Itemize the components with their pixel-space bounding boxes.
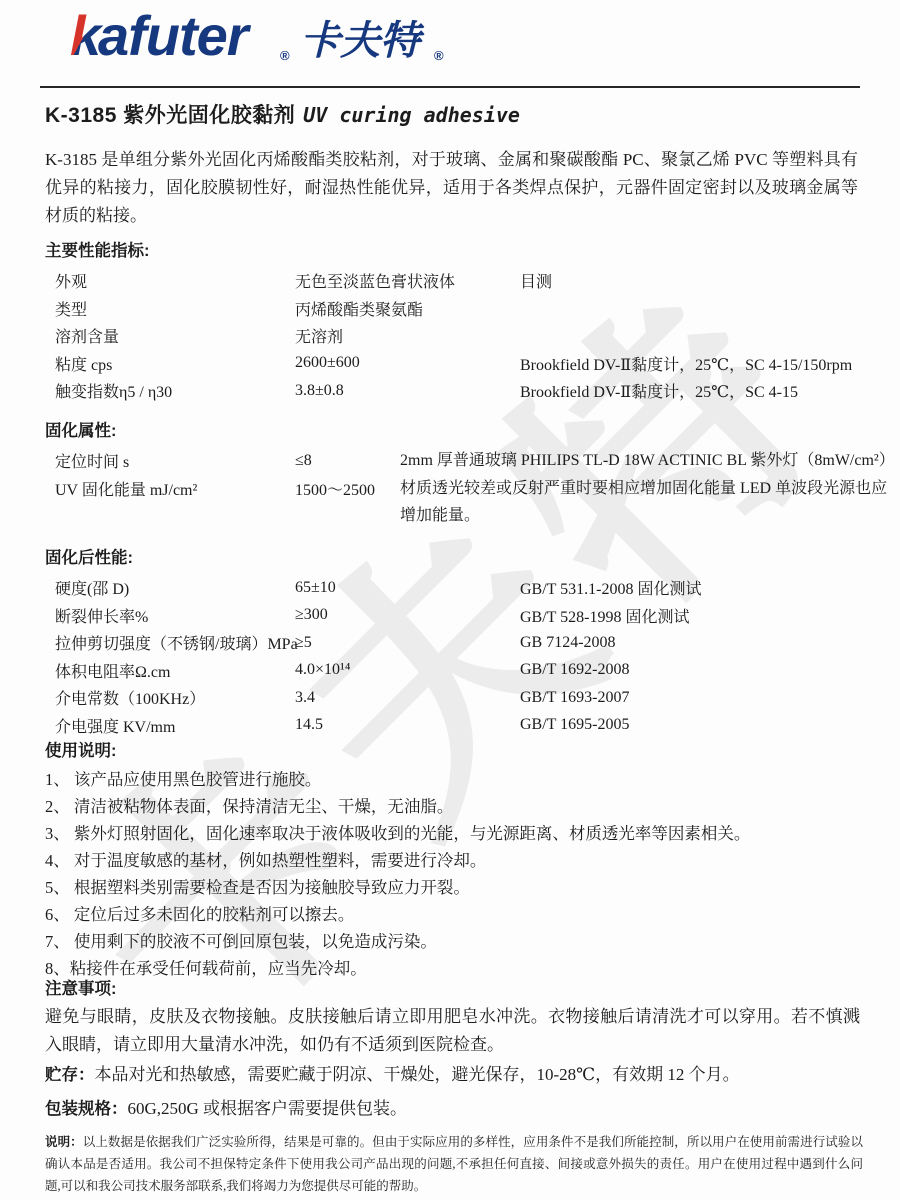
- spec-value: 1500～2500: [295, 475, 400, 503]
- spec-label: UV 固化能量 mJ/cm²: [45, 475, 295, 503]
- spec-label: 拉伸剪切强度（不锈钢/玻璃）MPa: [45, 629, 295, 657]
- disclaimer: 说明：以上数据是依据我们广泛实验所得，结果是可靠的。但由于实际应用的多样性，应用…: [45, 1131, 863, 1197]
- spec-method: [520, 322, 860, 350]
- registered-mark-icon: ®: [280, 48, 290, 63]
- kafuter-logo: k afuter ® 卡夫特 ®: [68, 6, 478, 75]
- header-divider: [40, 86, 860, 88]
- main-specs-table: 外观 无色至淡蓝色膏状液体 目测 类型 丙烯酸酯类聚氨酯 溶剂含量 无溶剂 粘度…: [45, 267, 860, 405]
- spec-value: 无色至淡蓝色膏状液体: [295, 267, 520, 295]
- spec-method: 目测: [520, 267, 860, 295]
- usage-item: 2、 清洁被粘物体表面，保持清洁无尘、干燥，无油脂。: [45, 793, 860, 820]
- spec-label: 定位时间 s: [45, 447, 295, 475]
- spec-method: [520, 295, 860, 323]
- spec-method: GB/T 528-1998 固化测试: [520, 602, 860, 630]
- usage-item: 4、 对于温度敏感的基材，例如热塑性塑料，需要进行冷却。: [45, 847, 860, 874]
- spec-value: 4.0×10¹⁴: [295, 657, 520, 685]
- section-cure-properties: 固化属性: 定位时间 s ≤8 UV 固化能量 mJ/cm² 1500～2500…: [45, 420, 860, 530]
- storage-label: 贮存：: [45, 1066, 95, 1084]
- section-usage-instructions: 使用说明: 1、 该产品应使用黑色胶管进行施胶。 2、 清洁被粘物体表面，保持清…: [45, 740, 860, 982]
- product-title-zh: K-3185 紫外光固化胶黏剂: [45, 104, 295, 127]
- product-description: K-3185 是单组分紫外光固化丙烯酸酯类胶粘剂，对于玻璃、金属和聚碳酸酯 PC…: [45, 146, 858, 230]
- spec-label: 外观: [45, 267, 295, 295]
- spec-value: 65±10: [295, 574, 520, 602]
- section-heading: 固化属性:: [45, 420, 860, 442]
- page-title: K-3185 紫外光固化胶黏剂UV curing adhesive: [45, 99, 520, 129]
- spec-label: 溶剂含量: [45, 322, 295, 350]
- usage-item: 7、 使用剩下的胶液不可倒回原包装，以免造成污染。: [45, 928, 860, 955]
- packaging-text: 60G,250G 或根据客户需要提供包装。: [128, 1099, 408, 1118]
- section-heading: 固化后性能:: [45, 547, 860, 569]
- usage-item: 3、 紫外灯照射固化，固化速率取决于液体吸收到的光能，与光源距离、材质透光率等因…: [45, 820, 860, 847]
- spec-method: GB/T 1692-2008: [520, 657, 860, 685]
- spec-value: ≤8: [295, 447, 400, 475]
- section-cautions: 注意事项: 避免与眼睛，皮肤及衣物接触。皮肤接触后请立即用肥皂水冲洗。衣物接触后…: [45, 978, 860, 1059]
- logo-text-chinese: 卡夫特: [300, 19, 425, 63]
- product-title-en: UV curing adhesive: [303, 103, 520, 127]
- spec-label: 介电强度 KV/mm: [45, 712, 295, 740]
- spec-method: GB/T 1695-2005: [520, 712, 860, 740]
- usage-item: 6、 定位后过多未固化的胶粘剂可以擦去。: [45, 901, 860, 928]
- spec-value: 3.4: [295, 684, 520, 712]
- storage-row: 贮存：本品对光和热敏感，需要贮藏于阴凉、干燥处，避光保存，10-28℃，有效期 …: [45, 1063, 860, 1087]
- spec-value: 2600±600: [295, 350, 520, 378]
- spec-method: Brookfield DV-Ⅱ黏度计，25℃，SC 4-15/150rpm: [520, 350, 860, 378]
- usage-item: 1、 该产品应使用黑色胶管进行施胶。: [45, 766, 860, 793]
- spec-label: 硬度(邵 D): [45, 574, 295, 602]
- spec-method: Brookfield DV-Ⅱ黏度计，25℃，SC 4-15: [520, 377, 860, 405]
- section-main-specs: 主要性能指标: 外观 无色至淡蓝色膏状液体 目测 类型 丙烯酸酯类聚氨酯 溶剂含…: [45, 240, 860, 405]
- spec-label: 触变指数η5 / η30: [45, 377, 295, 405]
- note-line: 增加能量。: [400, 502, 860, 530]
- spec-value: 14.5: [295, 712, 520, 740]
- disclaimer-label: 说明：: [45, 1135, 83, 1149]
- spec-method: GB 7124-2008: [520, 629, 860, 657]
- datasheet-page: 卡夫特 k afuter ® 卡夫特 ® K-3185 紫外光固化胶黏剂UV c…: [0, 0, 900, 1200]
- spec-value: ≥300: [295, 602, 520, 630]
- spec-method: GB/T 1693-2007: [520, 684, 860, 712]
- caution-text: 避免与眼睛，皮肤及衣物接触。皮肤接触后请立即用肥皂水冲洗。衣物接触后请清洗才可以…: [45, 1003, 860, 1059]
- section-heading: 使用说明:: [45, 740, 860, 762]
- logo-text-latin: afuter: [98, 6, 252, 67]
- section-heading: 注意事项:: [45, 978, 860, 1000]
- spec-value: ≥5: [295, 629, 520, 657]
- section-cured-performance: 固化后性能: 硬度(邵 D) 65±10 GB/T 531.1-2008 固化测…: [45, 547, 860, 739]
- packaging-label: 包装规格：: [45, 1100, 128, 1118]
- spec-label: 粘度 cps: [45, 350, 295, 378]
- note-line: 2mm 厚普通玻璃 PHILIPS TL-D 18W ACTINIC BL 紫外…: [400, 447, 860, 475]
- storage-text: 本品对光和热敏感，需要贮藏于阴凉、干燥处，避光保存，10-28℃，有效期 12 …: [95, 1065, 740, 1084]
- spec-value: 无溶剂: [295, 322, 520, 350]
- note-line: 材质透光较差或反射严重时要相应增加固化能量 LED 单波段光源也应: [400, 475, 860, 503]
- section-heading: 主要性能指标:: [45, 240, 860, 262]
- spec-label: 断裂伸长率%: [45, 602, 295, 630]
- spec-label: 介电常数（100KHz）: [45, 684, 295, 712]
- cure-props-table: 定位时间 s ≤8 UV 固化能量 mJ/cm² 1500～2500 2mm 厚…: [45, 447, 860, 530]
- spec-value: 丙烯酸酯类聚氨酯: [295, 295, 520, 323]
- usage-item: 5、 根据塑料类别需要检查是否因为接触胶导致应力开裂。: [45, 874, 860, 901]
- spec-label: 体积电阻率Ω.cm: [45, 657, 295, 685]
- cure-condition-note: 2mm 厚普通玻璃 PHILIPS TL-D 18W ACTINIC BL 紫外…: [400, 447, 860, 530]
- spec-value: 3.8±0.8: [295, 377, 520, 405]
- spec-method: GB/T 531.1-2008 固化测试: [520, 574, 860, 602]
- kafuter-logo-svg: k afuter ® 卡夫特 ®: [68, 6, 478, 70]
- spec-label: 类型: [45, 295, 295, 323]
- disclaimer-text: 以上数据是依据我们广泛实验所得，结果是可靠的。但由于实际应用的多样性，应用条件不…: [45, 1135, 863, 1193]
- registered-mark-icon: ®: [434, 48, 444, 63]
- usage-list: 1、 该产品应使用黑色胶管进行施胶。 2、 清洁被粘物体表面，保持清洁无尘、干燥…: [45, 766, 860, 982]
- packaging-row: 包装规格：60G,250G 或根据客户需要提供包装。: [45, 1097, 860, 1121]
- cured-props-table: 硬度(邵 D) 65±10 GB/T 531.1-2008 固化测试 断裂伸长率…: [45, 574, 860, 739]
